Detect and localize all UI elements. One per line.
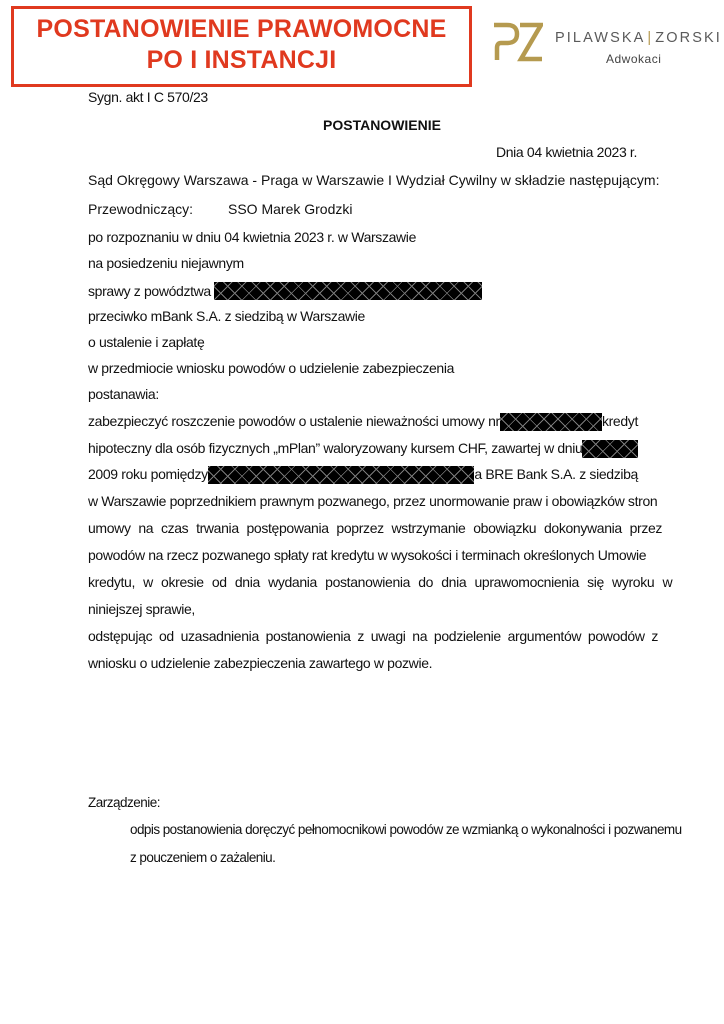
ruling-line-5: umowy na czas trwania postępowania poprz…: [88, 520, 662, 536]
stamp-line-2: PO I INSTANCJI: [14, 45, 469, 76]
firm-name-left: PILAWSKA: [555, 30, 645, 46]
ruling-line-7: kredytu, w okresie od dnia wydania posta…: [88, 574, 672, 590]
claimant-row: sprawy z powództwa: [88, 282, 482, 300]
law-firm-logo: PILAWSKA|ZORSKI Adwokaci: [491, 20, 716, 70]
redacted-contract-date: [582, 440, 638, 458]
ruling-line-8: niniejszej sprawie,: [88, 601, 195, 617]
redacted-claimants: [214, 282, 482, 300]
motion-subject: w przedmiocie wniosku powodów o udzielen…: [88, 360, 454, 376]
ruling-text: a BRE Bank S.A. z siedzibą: [474, 466, 638, 484]
case-subject: o ustalenie i zapłatę: [88, 334, 204, 350]
ruling-line-4: w Warszawie poprzednikiem prawnym pozwan…: [88, 493, 657, 509]
document-title: POSTANOWIENIE: [323, 117, 441, 133]
court-composition: Sąd Okręgowy Warszawa - Praga w Warszawi…: [88, 172, 659, 188]
ruling-line-10: wniosku o udzielenie zabezpieczenia zawa…: [88, 655, 432, 671]
ruling-line-6: powodów na rzecz pozwanego spłaty rat kr…: [88, 547, 646, 563]
legal-status-stamp: POSTANOWIENIE PRAWOMOCNE PO I INSTANCJI: [11, 6, 472, 87]
ruling-line-9: odstępując od uzasadnienia postanowienia…: [88, 628, 658, 644]
order-line-1: odpis postanowienia doręczyć pełnomocnik…: [130, 822, 682, 837]
case-number: Sygn. akt I C 570/23: [88, 89, 208, 105]
firm-name-right: ZORSKI: [655, 30, 722, 46]
chair-name: SSO Marek Grodzki: [228, 201, 352, 217]
redacted-parties: [208, 466, 475, 484]
document-date: Dnia 04 kwietnia 2023 r.: [496, 144, 637, 160]
firm-name: PILAWSKA|ZORSKI: [555, 30, 722, 46]
redacted-contract-number: [500, 413, 602, 431]
ruling-text: 2009 roku pomiędzy: [88, 466, 208, 484]
ruling-line-2: hipoteczny dla osób fizycznych „mPlan” w…: [88, 440, 638, 458]
ruling-line-1: zabezpieczyć roszczenie powodów o ustale…: [88, 413, 638, 431]
claim-prefix: sprawy z powództwa: [88, 283, 211, 299]
presiding-judge-row: Przewodniczący: SSO Marek Grodzki: [88, 201, 193, 217]
firm-name-separator: |: [647, 30, 653, 46]
decides-label: postanawia:: [88, 386, 159, 402]
ruling-text: hipoteczny dla osób fizycznych „mPlan” w…: [88, 440, 582, 458]
ruling-text: zabezpieczyć roszczenie powodów o ustale…: [88, 413, 500, 431]
stamp-line-1: POSTANOWIENIE PRAWOMOCNE: [14, 14, 469, 45]
firm-subtitle: Adwokaci: [606, 52, 661, 66]
chair-label: Przewodniczący:: [88, 201, 193, 217]
hearing-info: po rozpoznaniu w dniu 04 kwietnia 2023 r…: [88, 229, 416, 245]
ruling-text: kredyt: [602, 413, 638, 431]
order-label: Zarządzenie:: [88, 795, 160, 810]
ruling-line-3: 2009 roku pomiędzy a BRE Bank S.A. z sie…: [88, 466, 638, 484]
session-type: na posiedzeniu niejawnym: [88, 255, 244, 271]
defendant: przeciwko mBank S.A. z siedzibą w Warsza…: [88, 308, 365, 324]
pz-monogram-icon: [491, 22, 543, 62]
order-line-2: z pouczeniem o zażaleniu.: [130, 850, 275, 865]
